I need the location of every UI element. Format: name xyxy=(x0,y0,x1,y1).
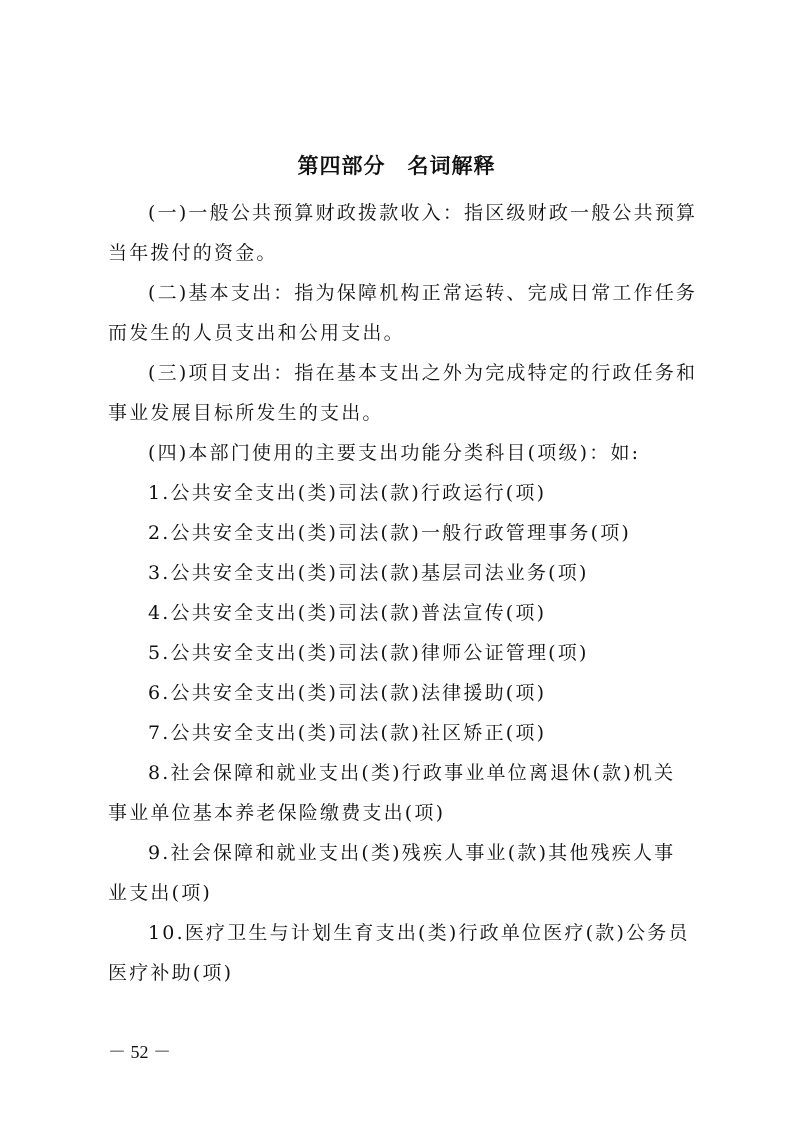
list-item: 5.公共安全支出(类)司法(款)律师公证管理(项) xyxy=(108,633,700,673)
document-page: 第四部分 名词解释 (一)一般公共预算财政拨款收入：指区级财政一般公共预算 当年… xyxy=(0,0,793,1122)
paragraph-line: 当年拨付的资金。 xyxy=(108,233,700,273)
paragraph-line: (三)项目支出：指在基本支出之外为完成特定的行政任务和 xyxy=(108,353,700,393)
list-item: 3.公共安全支出(类)司法(款)基层司法业务(项) xyxy=(108,553,700,593)
list-item: 4.公共安全支出(类)司法(款)普法宣传(项) xyxy=(108,593,700,633)
paragraph-line: (一)一般公共预算财政拨款收入：指区级财政一般公共预算 xyxy=(108,193,700,233)
list-item-continuation: 医疗补助(项) xyxy=(108,953,700,993)
list-item: 1.公共安全支出(类)司法(款)行政运行(项) xyxy=(108,473,700,513)
paragraph-line: (二)基本支出：指为保障机构正常运转、完成日常工作任务 xyxy=(108,273,700,313)
page-number: － 52 － xyxy=(108,1038,171,1064)
list-item-continuation: 事业单位基本养老保险缴费支出(项) xyxy=(108,793,700,833)
list-item-continuation: 业支出(项) xyxy=(108,873,700,913)
paragraph-line: (四)本部门使用的主要支出功能分类科目(项级)：如: xyxy=(108,433,700,473)
list-item: 7.公共安全支出(类)司法(款)社区矫正(项) xyxy=(108,713,700,753)
section-title: 第四部分 名词解释 xyxy=(0,150,793,180)
list-item: 10.医疗卫生与计划生育支出(类)行政单位医疗(款)公务员 xyxy=(108,913,700,953)
list-item: 2.公共安全支出(类)司法(款)一般行政管理事务(项) xyxy=(108,513,700,553)
paragraph-line: 而发生的人员支出和公用支出。 xyxy=(108,313,700,353)
list-item: 9.社会保障和就业支出(类)残疾人事业(款)其他残疾人事 xyxy=(108,833,700,873)
document-body: (一)一般公共预算财政拨款收入：指区级财政一般公共预算 当年拨付的资金。 (二)… xyxy=(108,193,700,993)
list-item: 6.公共安全支出(类)司法(款)法律援助(项) xyxy=(108,673,700,713)
list-item: 8.社会保障和就业支出(类)行政事业单位离退休(款)机关 xyxy=(108,753,700,793)
paragraph-line: 事业发展目标所发生的支出。 xyxy=(108,393,700,433)
